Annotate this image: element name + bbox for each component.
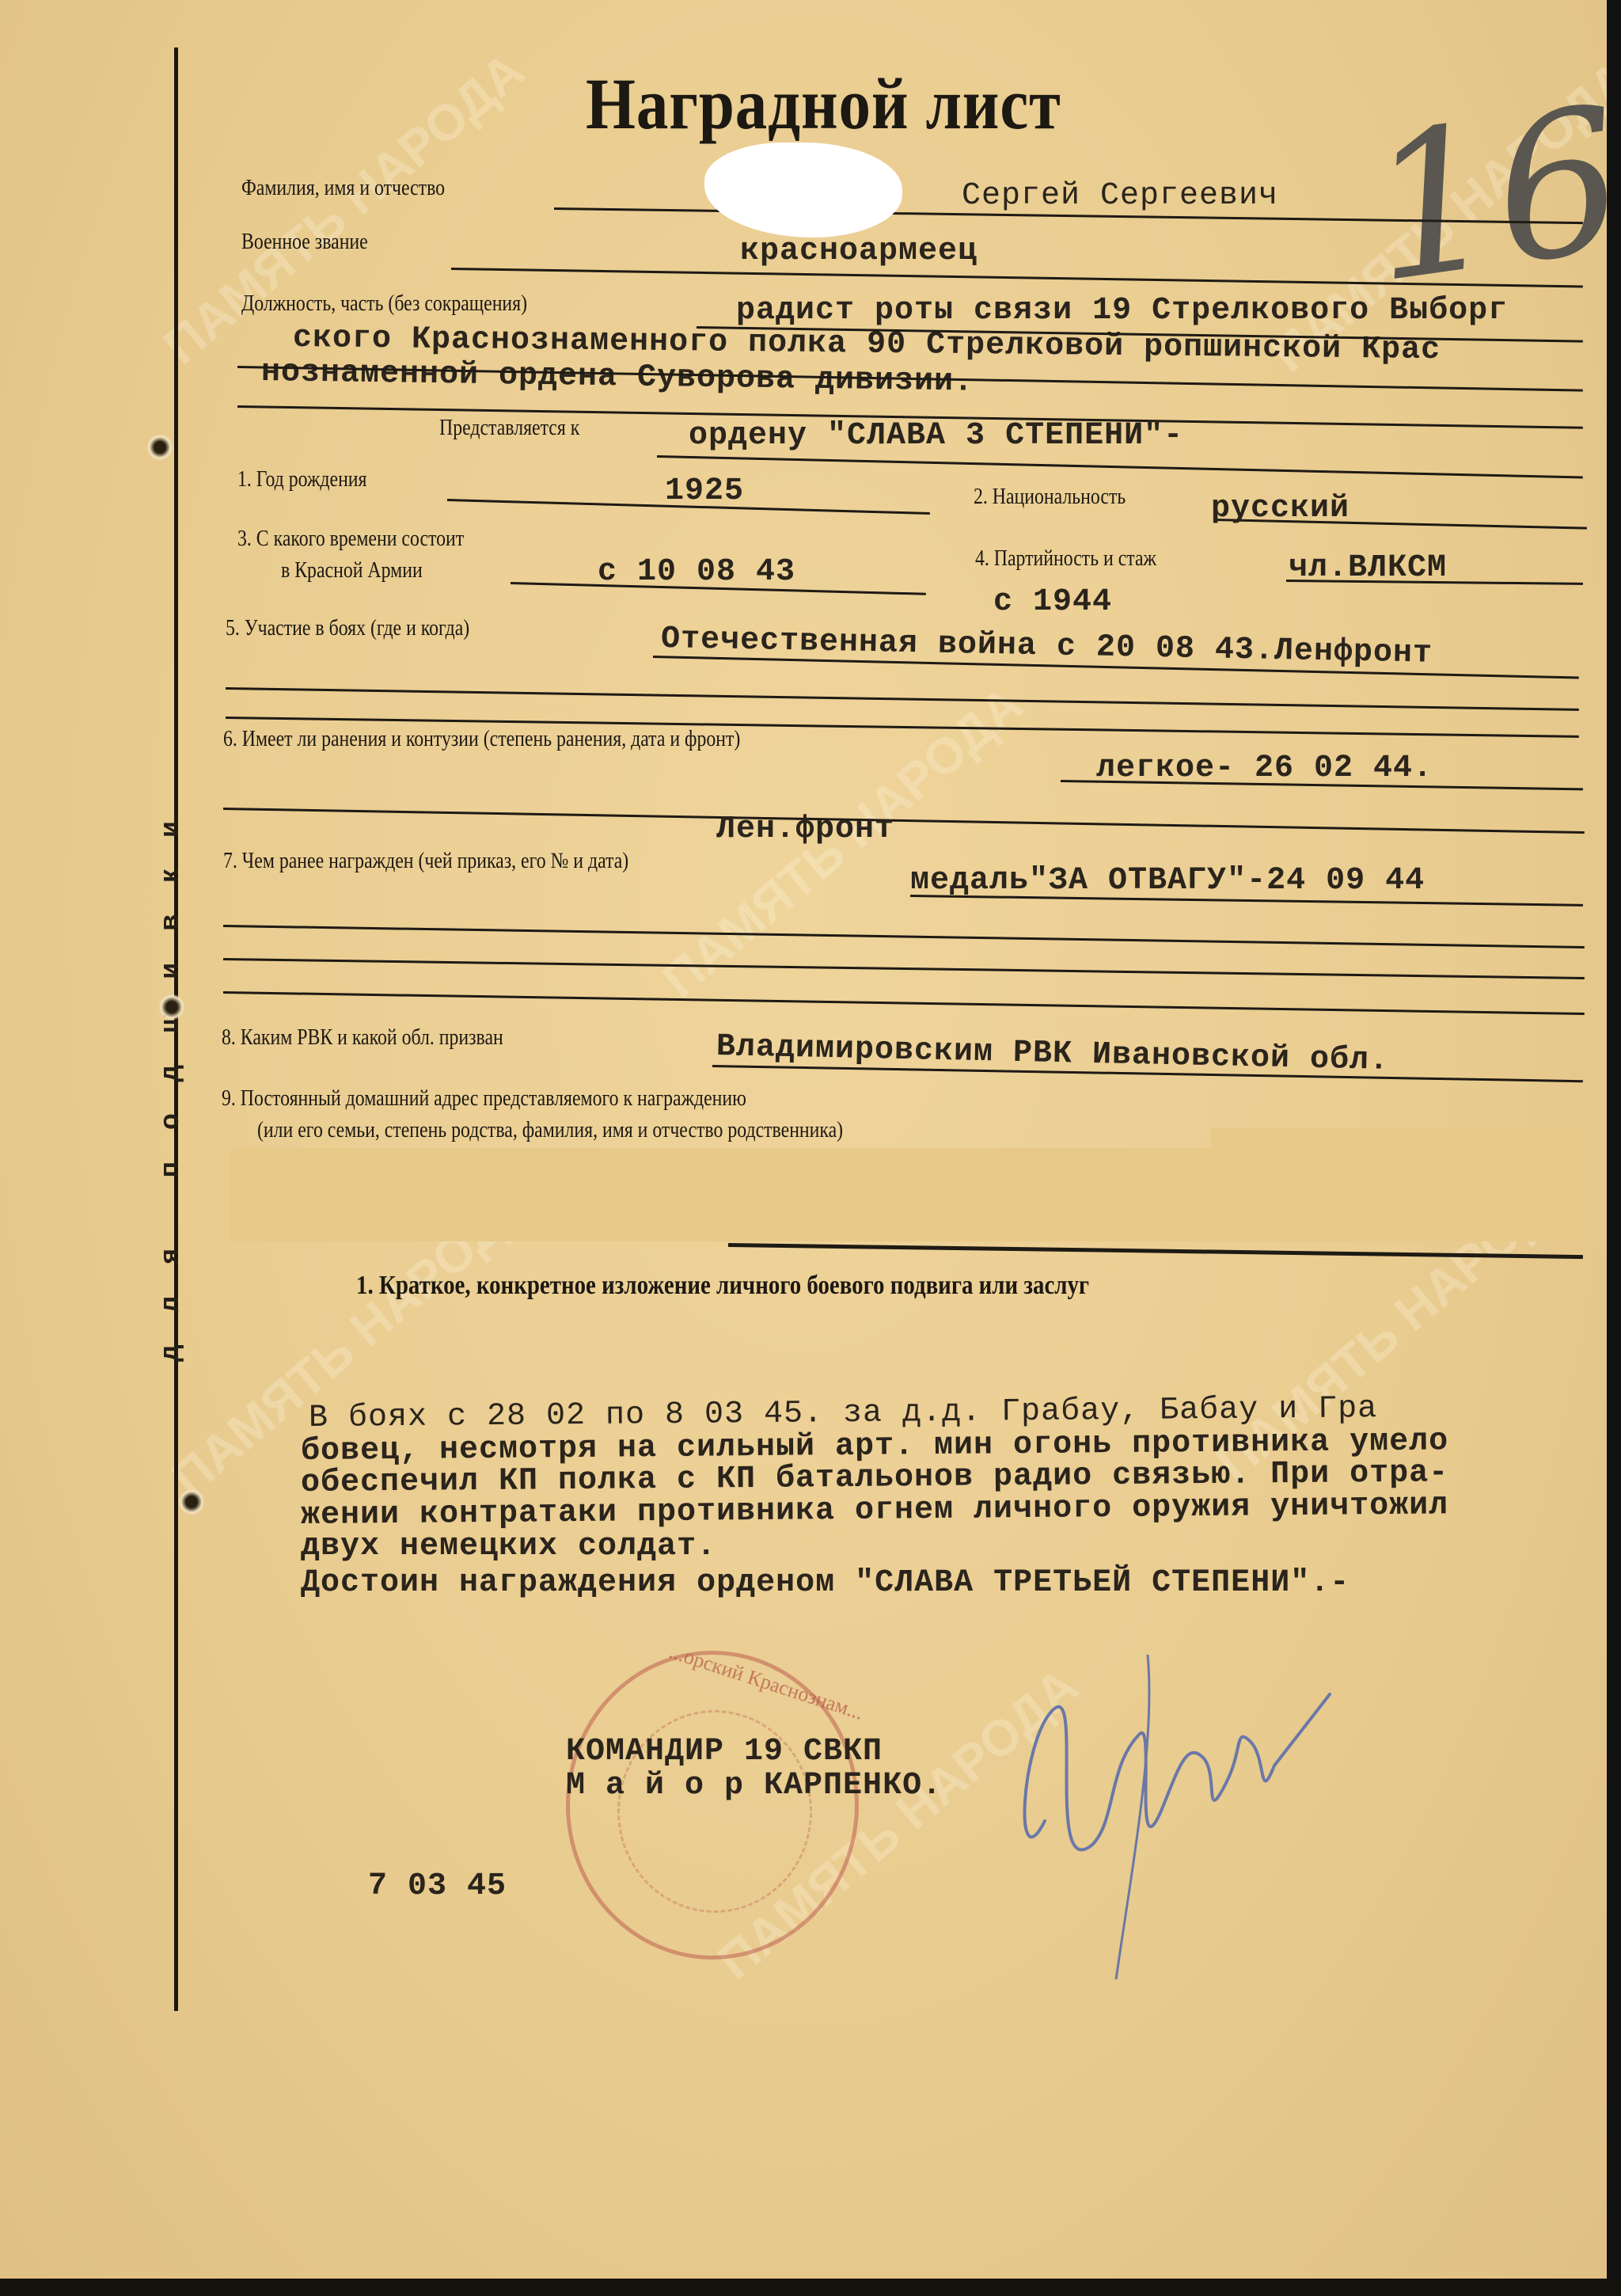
position-value-line-1: радист роты связи 19 Стрелкового Выборг bbox=[736, 293, 1508, 329]
punch-hole bbox=[178, 1488, 205, 1515]
scan-border-right bbox=[1607, 0, 1621, 2296]
surname-redaction bbox=[704, 143, 902, 238]
draft-office-value: Владимировским РВК Ивановской обл. bbox=[716, 1029, 1390, 1079]
document-title: Наградной лист bbox=[586, 62, 1061, 146]
punch-hole bbox=[146, 434, 173, 461]
award-sheet-page: ПАМЯТЬ НАРОДА ПАМЯТЬ НАРОДА ПАМЯТЬ НАРОД… bbox=[0, 0, 1607, 2280]
battles-value: Отечественная война с 20 08 43.Ленфронт bbox=[661, 622, 1433, 672]
prior-awards-underline bbox=[223, 925, 1585, 948]
punch-hole bbox=[158, 994, 185, 1021]
feat-line: двух немецких солдат. bbox=[301, 1530, 716, 1564]
position-label: Должность, часть (без сокращения) bbox=[241, 291, 527, 317]
prior-awards-underline bbox=[223, 958, 1585, 979]
party-since-value: с 1944 bbox=[993, 584, 1112, 620]
regiment-stamp: ...орский Краснознам... bbox=[566, 1651, 859, 1960]
rank-value: красноармеец bbox=[740, 234, 978, 269]
nominated-for-underline bbox=[657, 455, 1583, 479]
binding-margin-label: для подшивки bbox=[154, 789, 185, 1362]
wounds-label: 6. Имеет ли ранения и контузии (степень … bbox=[223, 727, 740, 752]
draft-office-label: 8. Каким РВК и какой обл. призван bbox=[222, 1025, 503, 1051]
birth-year-value: 1925 bbox=[665, 473, 744, 509]
feat-heading: 1. Краткое, конкретное изложение личного… bbox=[356, 1271, 1089, 1301]
nominated-for-value: ордену "СЛАВА 3 СТЕПЕНИ"- bbox=[689, 418, 1183, 454]
wounds-value: легкое- 26 02 44. bbox=[1096, 751, 1433, 786]
army-since-label-2: в Красной Армии bbox=[281, 558, 423, 584]
battles-label: 5. Участие в боях (где и когда) bbox=[226, 616, 469, 641]
commander-name: М а й о р КАРПЕНКО. bbox=[566, 1768, 942, 1804]
feat-line: Достоин награждения орденом "СЛАВА ТРЕТЬ… bbox=[301, 1566, 1350, 1601]
full-name-label: Фамилия, имя и отчество bbox=[241, 176, 445, 201]
commander-title: КОМАНДИР 19 СВКП bbox=[566, 1734, 883, 1770]
prior-awards-underline bbox=[223, 991, 1585, 1015]
battles-underline bbox=[226, 687, 1579, 711]
rank-label: Военное звание bbox=[241, 230, 368, 255]
address-redaction bbox=[230, 1148, 1583, 1241]
prior-awards-value: медаль"ЗА ОТВАГУ"-24 09 44 bbox=[910, 863, 1425, 899]
nominated-for-label: Представляется к bbox=[439, 416, 579, 441]
army-since-label: 3. С какого времени состоит bbox=[237, 526, 464, 552]
nationality-label: 2. Национальность bbox=[974, 485, 1126, 510]
handwritten-signature bbox=[997, 1647, 1361, 1995]
birth-year-label: 1. Год рождения bbox=[237, 467, 366, 492]
full-name-value: Сергей Сергеевич bbox=[962, 178, 1278, 214]
home-address-label-2: (или его семьи, степень родства, фамилия… bbox=[257, 1118, 843, 1143]
party-label: 4. Партийность и стаж bbox=[975, 546, 1156, 572]
nationality-value: русский bbox=[1211, 491, 1350, 526]
party-value: чл.ВЛКСМ bbox=[1289, 550, 1447, 586]
army-since-value: с 10 08 43 bbox=[598, 554, 795, 590]
signing-date: 7 03 45 bbox=[368, 1868, 507, 1904]
home-address-label: 9. Постоянный домашний адрес представляе… bbox=[222, 1086, 746, 1112]
wounds-value-line-2: Лен.фронт bbox=[716, 812, 894, 847]
prior-awards-label: 7. Чем ранее награжден (чей приказ, его … bbox=[223, 849, 628, 874]
scan-border-bottom bbox=[0, 2279, 1621, 2296]
